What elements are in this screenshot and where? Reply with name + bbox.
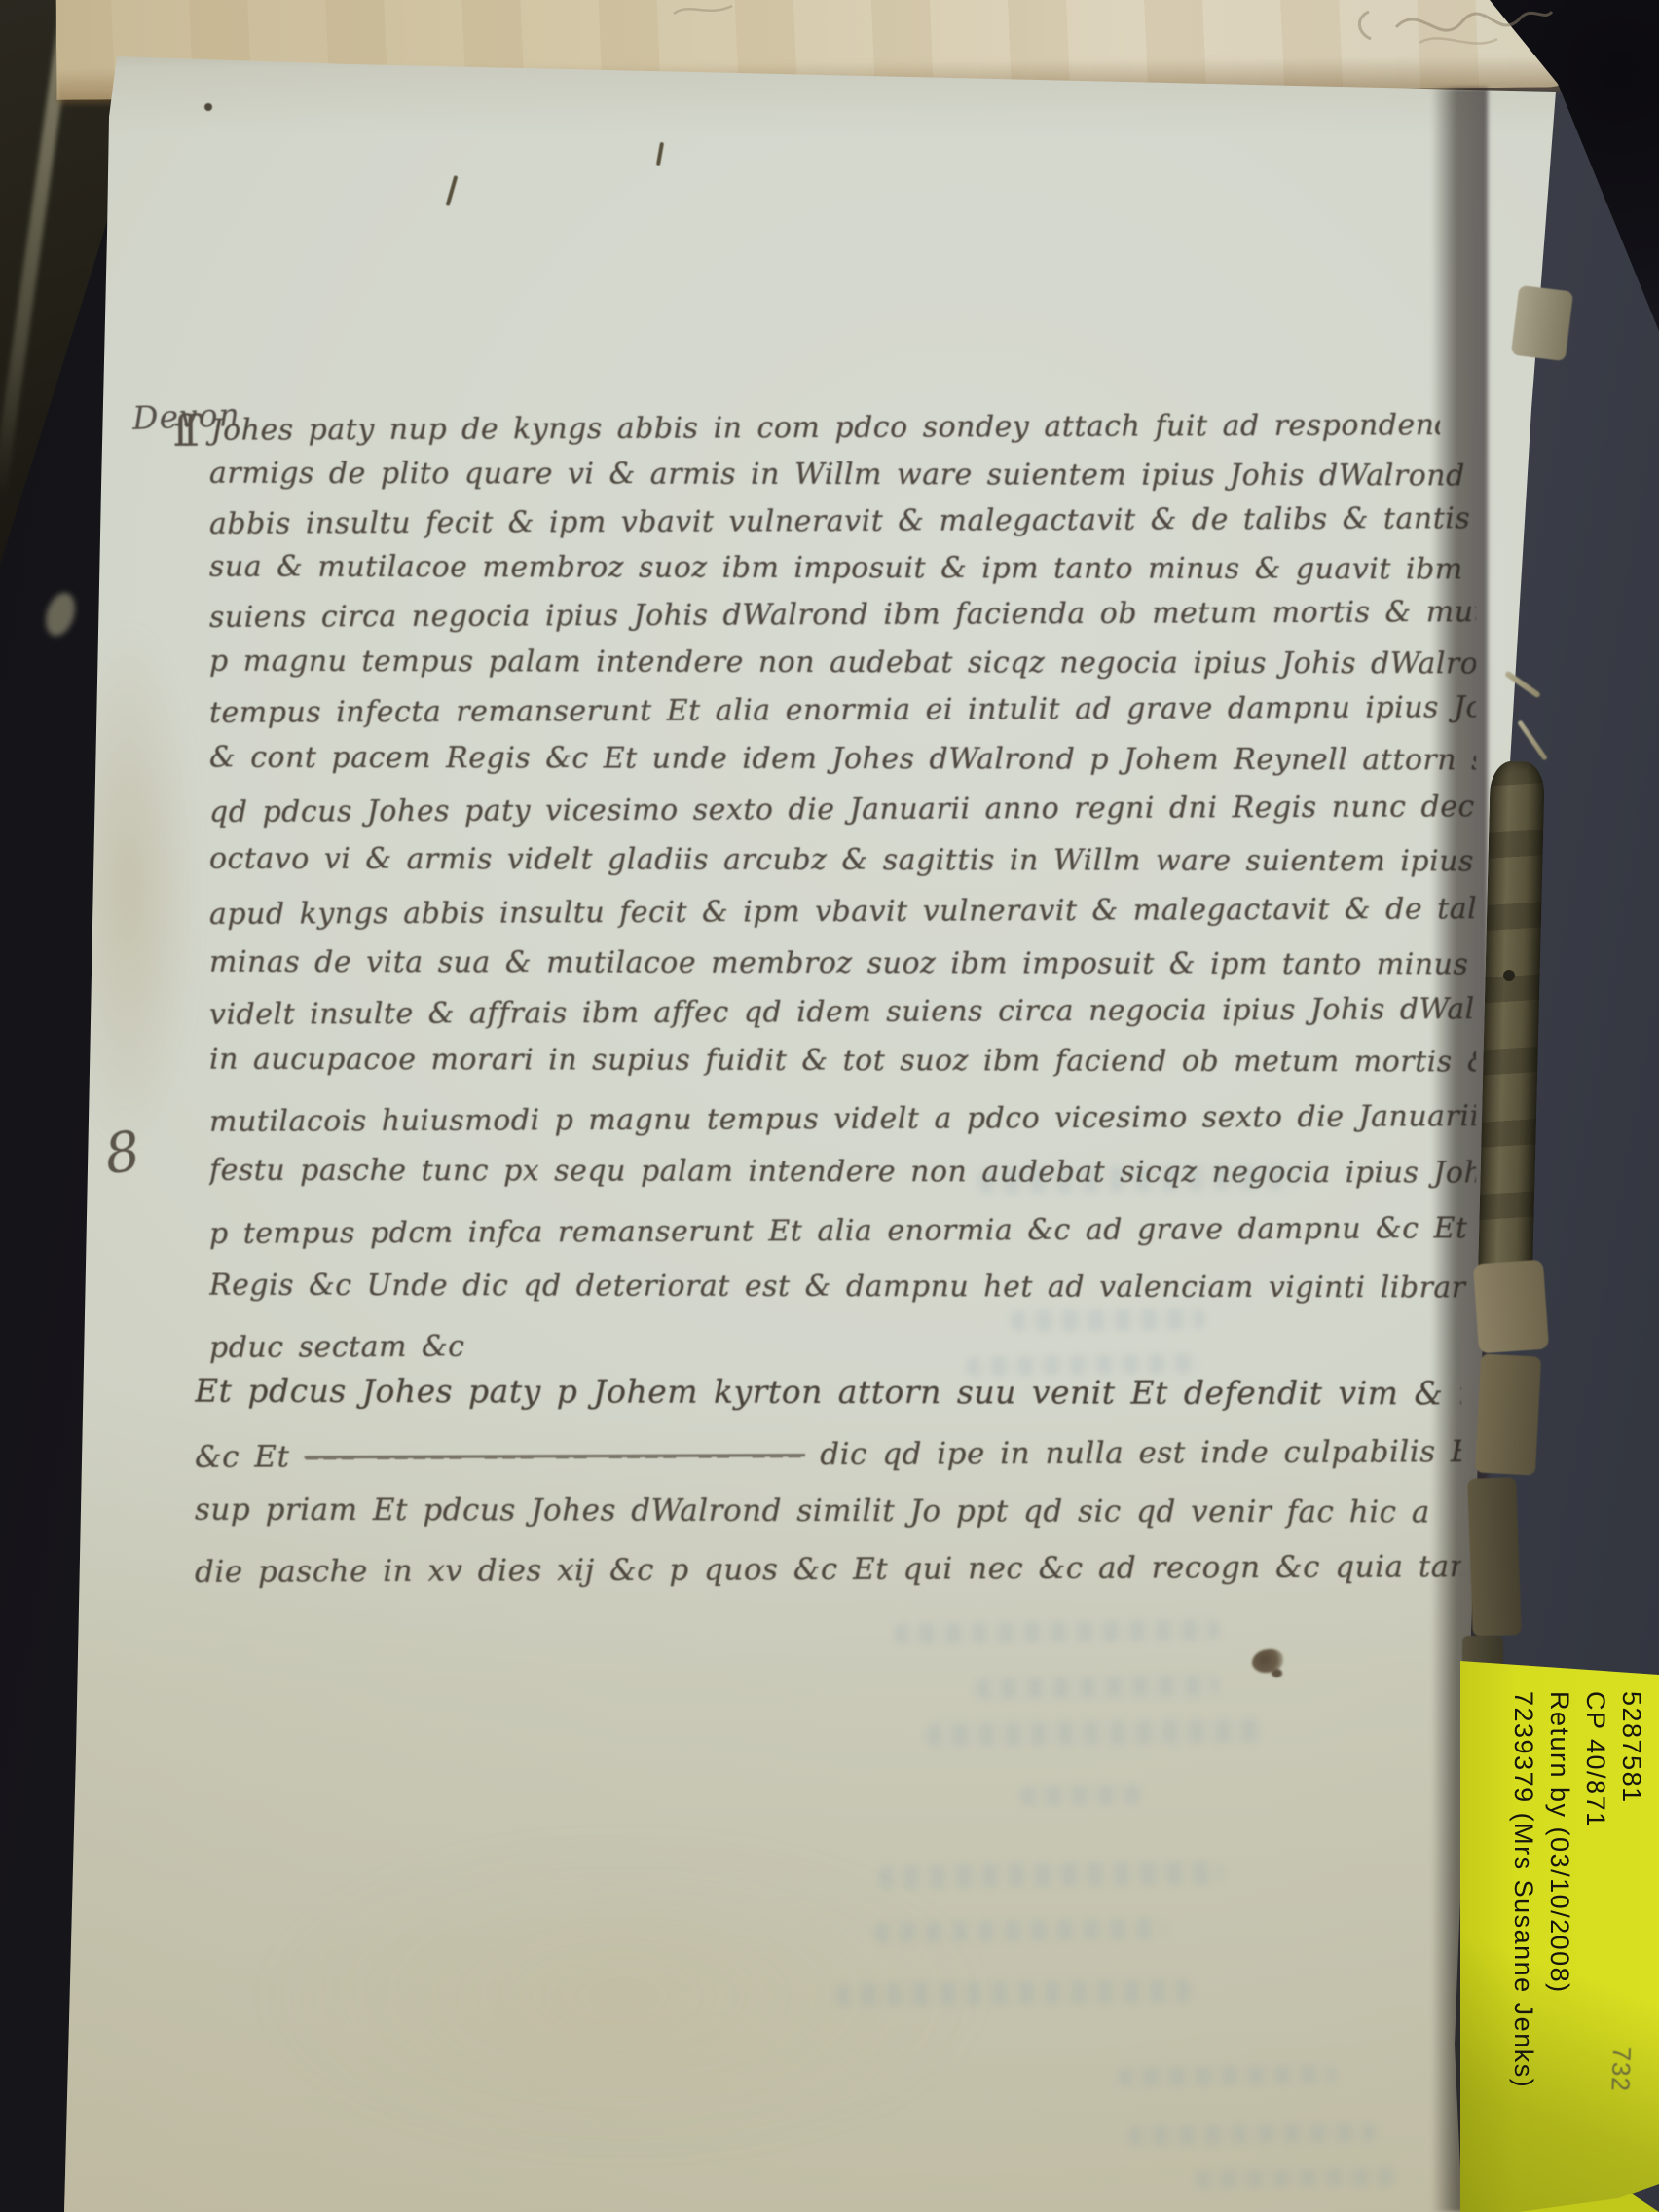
manuscript-line: minas de vita sua & mutilacoe membroz su… [209, 941, 1476, 987]
manuscript-line: sup priam Et pdcus Johes dWalrond simili… [195, 1489, 1461, 1534]
manuscript-line: tempus infecta remanserunt Et alia enorm… [209, 686, 1476, 735]
pencil-annotation: 732 [1605, 2046, 1637, 2116]
manuscript-line: festu pasche tunc px sequ palam intender… [209, 1150, 1476, 1196]
parchment-page: Devon 8 ſſJohes paty nup de kyngs abbis … [0, 0, 1659, 2212]
ticket-line-barcode-number: 5287581 [1613, 1691, 1649, 2205]
parchment-tab [1473, 1260, 1549, 1354]
sewing-thread [1517, 719, 1548, 760]
ticket-line-return-by: Return by (03/10/2008) [1541, 1691, 1577, 2205]
manuscript-line-text: &c Et [195, 1439, 290, 1474]
faded-ink-dash-icon [670, 0, 738, 23]
manuscript-line: octavo vi & armis videlt gladiis arcubz … [209, 838, 1476, 884]
manuscript-line: suiens circa negocia ipius Johis dWalron… [209, 591, 1476, 640]
manuscript-line: videlt insulte & affrais ibm affec qd id… [209, 988, 1476, 1037]
parchment-tab [1511, 285, 1573, 361]
manuscript-line: p tempus pdcm infca remanserunt Et alia … [209, 1207, 1476, 1256]
manuscript-line: sua & mutilacoe membroz suoz ibm imposui… [209, 546, 1476, 592]
plea-entry-text: ſſJohes paty nup de kyngs abbis in com p… [173, 0, 1476, 2212]
fore-edge-speck [41, 589, 81, 640]
manuscript-line: armigs de plito quare vi & armis in Will… [209, 453, 1476, 498]
manuscript-line-text: Johes paty nup de kyngs abbis in com pdc… [211, 407, 1441, 448]
manuscript-line-text: dic qd ipe in nulla est inde culpabilis … [820, 1433, 1461, 1472]
manuscript-line: in aucupacoe morari in supius fuidit & t… [209, 1039, 1476, 1085]
manuscript-line: Et pdcus Johes paty p Johem kyrton attor… [195, 1370, 1461, 1416]
manuscript-line: mutilacois huiusmodi p magnu tempus vide… [209, 1095, 1476, 1144]
paragraph-mark: ſſ [173, 407, 194, 454]
manuscript-line: apud kyngs abbis insultu fecit & ipm vba… [209, 888, 1476, 937]
manuscript-line: Regis &c Unde dic qd deteriorat est & da… [209, 1265, 1476, 1310]
manuscript-line: die pasche in xv dies xij &c p quos &c E… [195, 1545, 1461, 1594]
ink-blot [1272, 1669, 1282, 1677]
ticket-line-reader: 7239379 (Mrs Susanne Jenks) [1505, 1691, 1541, 2205]
binding-hole [1503, 970, 1515, 981]
ticket-text: 5287581 CP 40/871 Return by (03/10/2008)… [1503, 1691, 1649, 2205]
manuscript-line: qd pdcus Johes paty vicesimo sexto die J… [209, 786, 1476, 834]
faded-ink-squiggle-icon [1390, 0, 1556, 58]
manuscript-line: p magnu tempus palam intendere non audeb… [209, 641, 1476, 686]
manuscript-line: ſſJohes paty nup de kyngs abbis in com p… [173, 404, 1440, 454]
ticket-line-document-reference: CP 40/871 [1577, 1691, 1613, 2205]
parchment-tab [1467, 1477, 1522, 1637]
faded-ink-tick-icon [1349, 10, 1379, 43]
struck-out-text: ––– ––––– ––– –– –––– –– ––– [305, 1437, 805, 1474]
photograph-of-plea-roll: { "marginalia": { "county": "Devon", "pa… [0, 0, 1659, 2212]
parchment-tab [1475, 1353, 1541, 1475]
manuscript-line: &c Et ––– ––––– ––– –– –––– –– ––– dic q… [195, 1430, 1461, 1479]
manuscript-line: & cont pacem Regis &c Et unde idem Johes… [209, 737, 1476, 783]
manuscript-line: abbis insultu fecit & ipm vbavit vulnera… [209, 498, 1476, 546]
manuscript-line: pduc sectam &c [209, 1321, 1476, 1370]
